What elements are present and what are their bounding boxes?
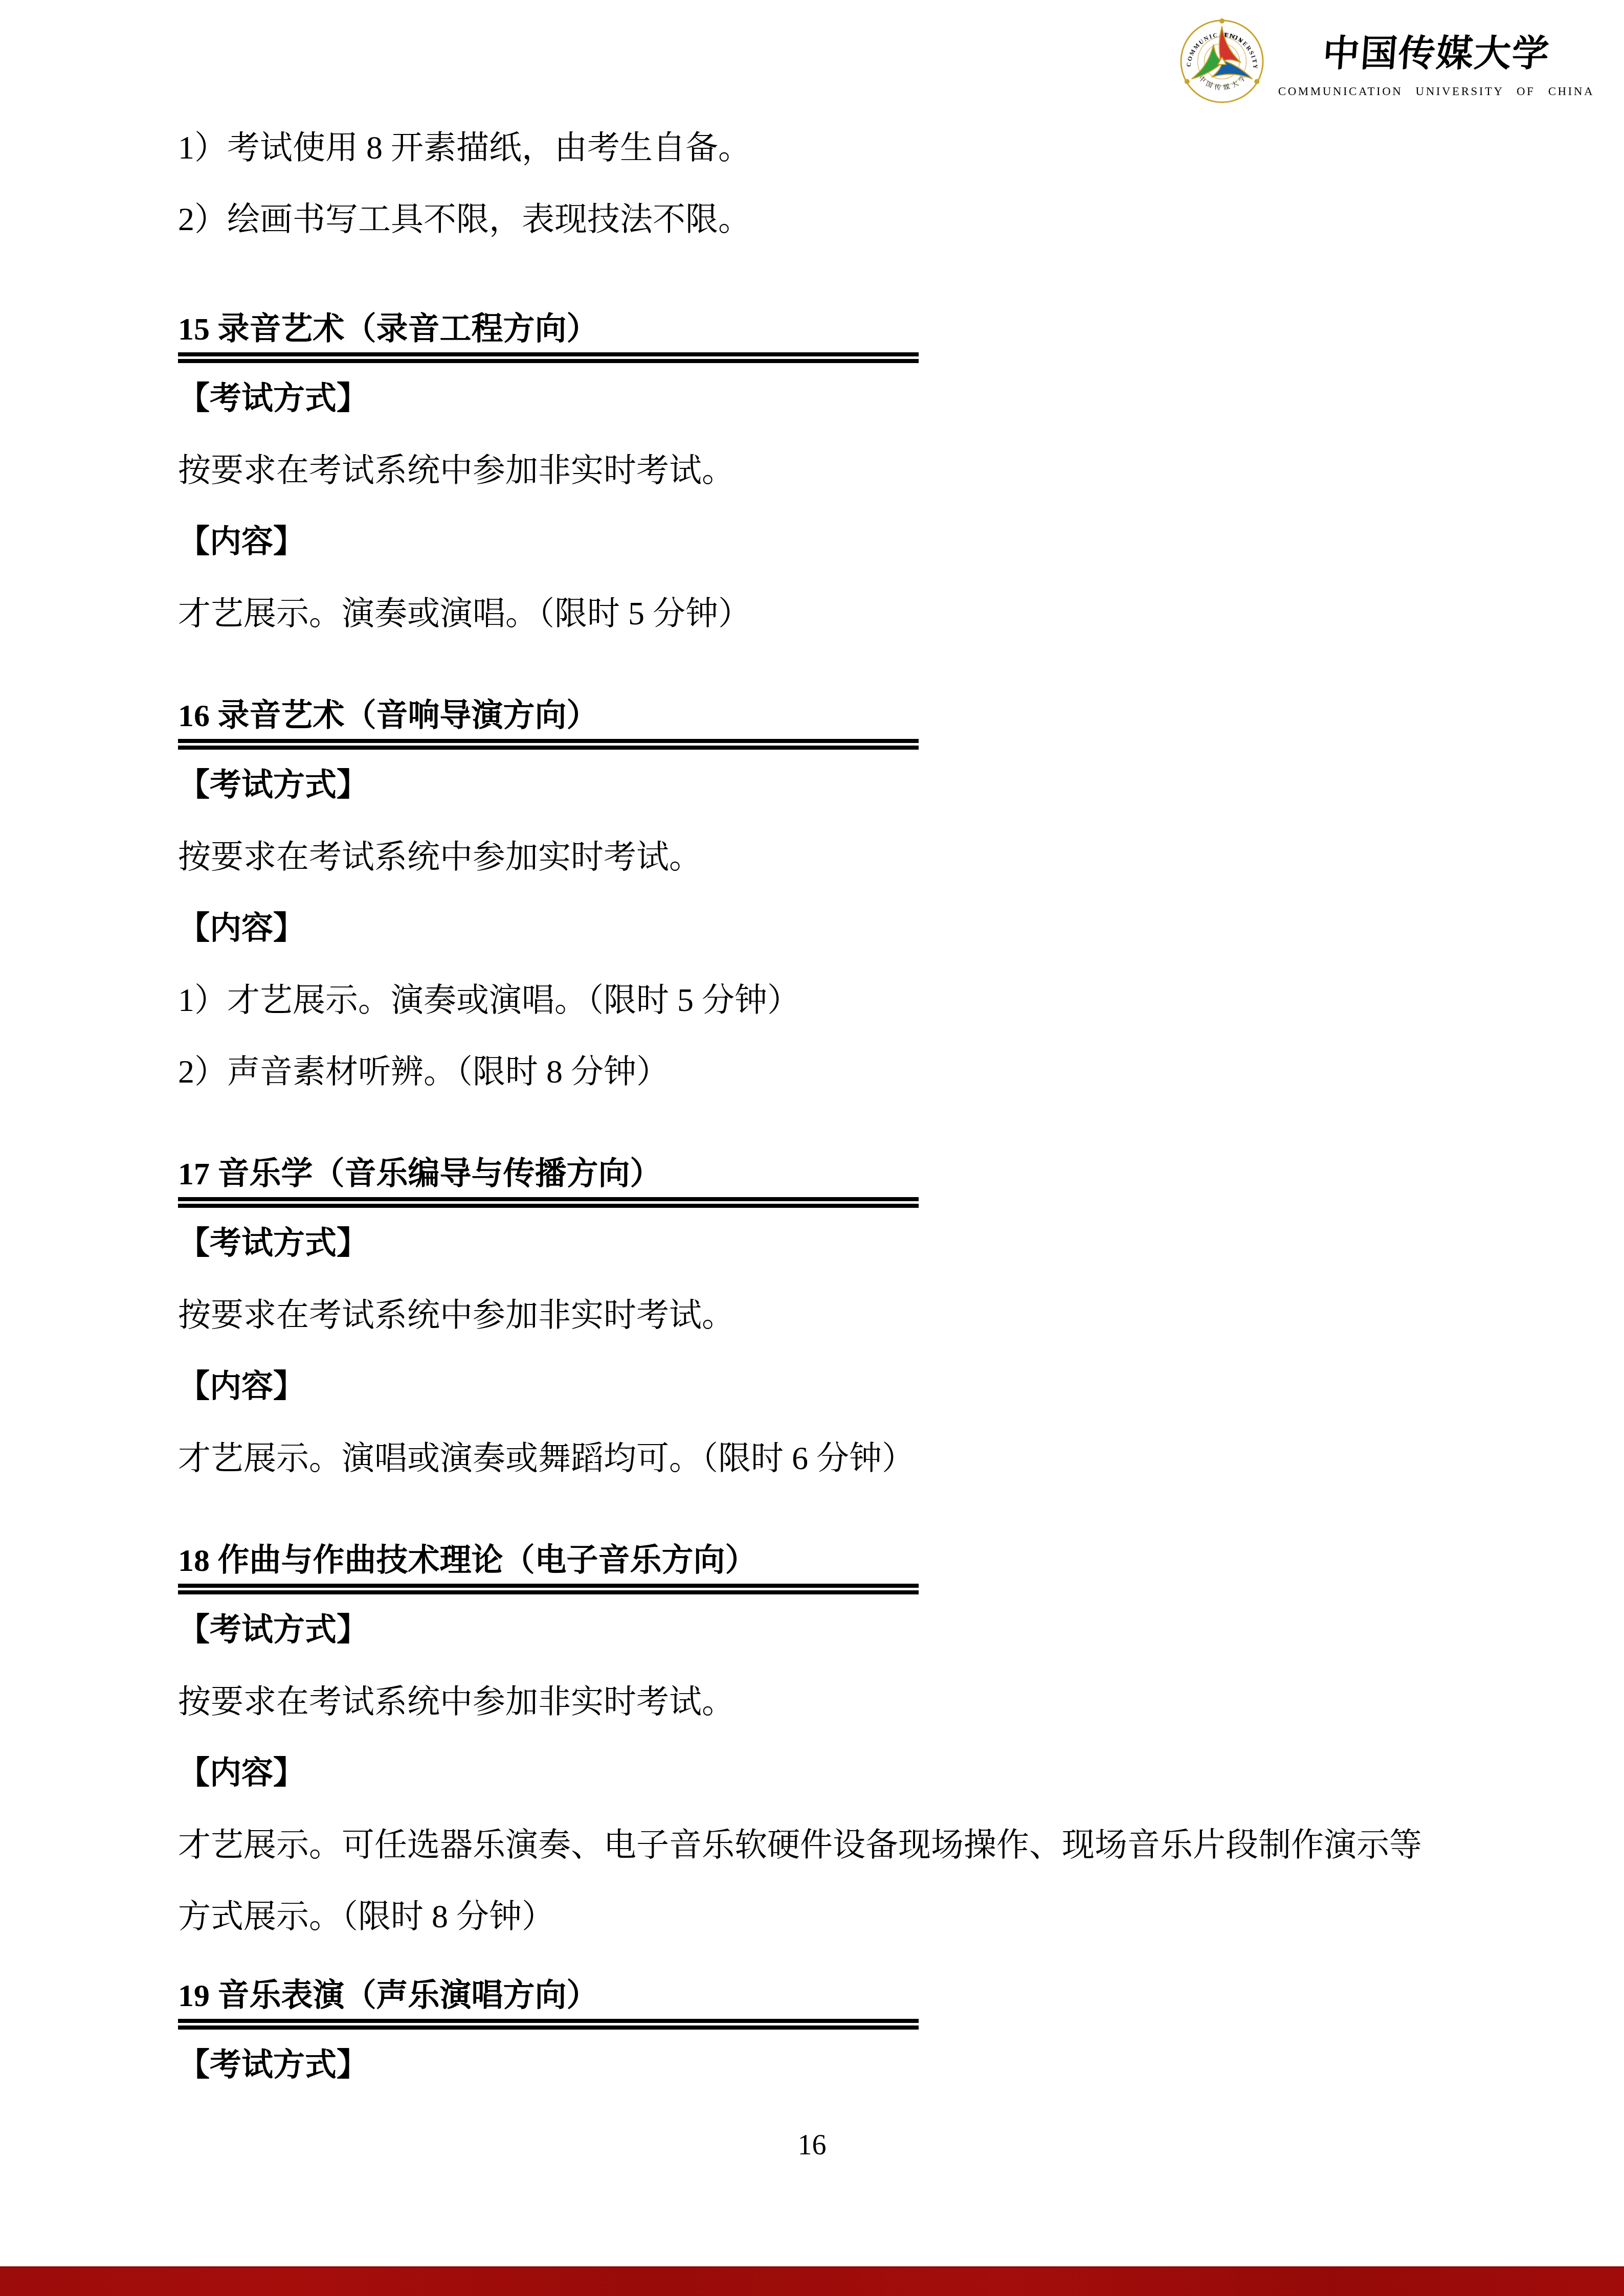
- heading-rule: [178, 2019, 919, 2030]
- exam-method-text: 按要求在考试系统中参加非实时考试。: [178, 1666, 1448, 1738]
- content-line: 才艺展示。演唱或演奏或舞蹈均可。（限时 6 分钟）: [178, 1423, 1448, 1494]
- section-title: 18 作曲与作曲技术理论（电子音乐方向）: [178, 1538, 1448, 1584]
- exam-method-text: 按要求在考试系统中参加实时考试。: [178, 821, 1448, 893]
- page-number: 16: [0, 2127, 1624, 2163]
- university-logo: COMMUNICATION UNIVERSITY OF CHINA 中国传媒大学…: [1179, 18, 1594, 104]
- heading-rule: [178, 352, 919, 363]
- content-label: 【内容】: [178, 893, 1448, 964]
- university-name-chinese: 中国传媒大学: [1321, 26, 1552, 82]
- content-label: 【内容】: [178, 1738, 1448, 1809]
- section-title: 19 音乐表演（声乐演唱方向）: [178, 1973, 1448, 2019]
- exam-section-19: 19 音乐表演（声乐演唱方向） 【考试方式】: [178, 1973, 1448, 2101]
- content-line: 2）声音素材听辨。（限时 8 分钟）: [178, 1036, 1448, 1108]
- exam-method-label: 【考试方式】: [178, 1208, 1448, 1279]
- exam-method-label: 【考试方式】: [178, 363, 1448, 435]
- university-seal-icon: COMMUNICATION UNIVERSITY OF CHINA 中国传媒大学: [1179, 18, 1265, 104]
- content-line: 1）才艺展示。演奏或演唱。（限时 5 分钟）: [178, 964, 1448, 1036]
- exam-method-text: 按要求在考试系统中参加非实时考试。: [178, 1279, 1448, 1351]
- university-name-english: COMMUNICATION UNIVERSITY OF CHINA: [1278, 84, 1594, 99]
- heading-rule: [178, 1584, 919, 1594]
- exam-method-text: 按要求在考试系统中参加非实时考试。: [178, 435, 1448, 506]
- footer-red-bar: [0, 2266, 1624, 2296]
- exam-section-16: 16 录音艺术（音响导演方向） 【考试方式】 按要求在考试系统中参加实时考试。 …: [178, 693, 1448, 1108]
- exam-method-label: 【考试方式】: [178, 2030, 1448, 2101]
- content-line: 才艺展示。可任选器乐演奏、电子音乐软硬件设备现场操作、现场音乐片段制作演示等: [178, 1809, 1448, 1881]
- content-line: 才艺展示。演奏或演唱。（限时 5 分钟）: [178, 578, 1448, 649]
- section-title: 17 音乐学（音乐编导与传播方向）: [178, 1151, 1448, 1197]
- intro-note-1: 1）考试使用 8 开素描纸，由考生自备。: [178, 112, 1448, 184]
- document-content: 1）考试使用 8 开素描纸，由考生自备。 2）绘画书写工具不限，表现技法不限。 …: [178, 112, 1448, 2101]
- content-label: 【内容】: [178, 506, 1448, 578]
- exam-section-17: 17 音乐学（音乐编导与传播方向） 【考试方式】 按要求在考试系统中参加非实时考…: [178, 1151, 1448, 1494]
- intro-note-2: 2）绘画书写工具不限，表现技法不限。: [178, 184, 1448, 255]
- exam-method-label: 【考试方式】: [178, 750, 1448, 821]
- section-title: 15 录音艺术（录音工程方向）: [178, 306, 1448, 352]
- heading-rule: [178, 1197, 919, 1208]
- section-title: 16 录音艺术（音响导演方向）: [178, 693, 1448, 739]
- content-label: 【内容】: [178, 1351, 1448, 1423]
- logo-text: 中国传媒大学 COMMUNICATION UNIVERSITY OF CHINA: [1278, 26, 1594, 99]
- heading-rule: [178, 739, 919, 750]
- exam-method-label: 【考试方式】: [178, 1594, 1448, 1666]
- exam-section-18: 18 作曲与作曲技术理论（电子音乐方向） 【考试方式】 按要求在考试系统中参加非…: [178, 1538, 1448, 1952]
- exam-section-15: 15 录音艺术（录音工程方向） 【考试方式】 按要求在考试系统中参加非实时考试。…: [178, 306, 1448, 649]
- content-line: 方式展示。（限时 8 分钟）: [178, 1881, 1448, 1952]
